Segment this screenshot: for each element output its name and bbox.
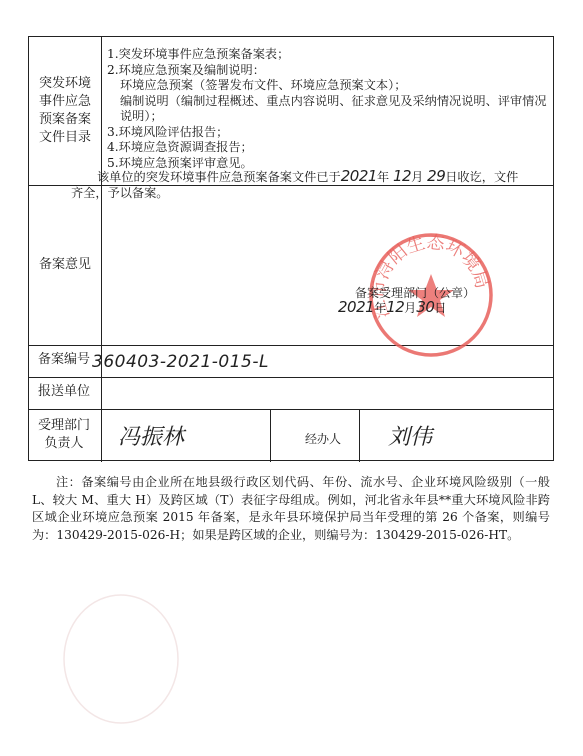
department-head-signature: 冯振林 (118, 420, 184, 451)
day-char: 日 (434, 301, 446, 315)
handler-label: 经办人 (305, 430, 341, 447)
file-list-item: 2.环境应急预案及编制说明： (107, 63, 547, 79)
row-divider (29, 377, 553, 378)
footnote-text: 注：备案编号由企业所在地县级行政区划代码、年份、流水号、企业环境风险级别（一般 … (32, 474, 550, 544)
opinion-label: 备案意见 (29, 185, 101, 345)
year-char: 年 (377, 170, 389, 184)
faint-stamp-bleed-through (62, 593, 180, 725)
received-month: 12 (393, 167, 411, 185)
row-divider (29, 345, 553, 346)
month-char: 月 (411, 170, 423, 184)
opinion-text-before: 该单位的突发环境事件应急预案备案文件已于 (97, 170, 341, 184)
year-char: 年 (374, 301, 386, 315)
column-divider (101, 37, 102, 462)
received-year: 2021 (341, 167, 377, 185)
file-list-item: 环境应急预案（签署发布文件、环境应急预案文本）； (107, 78, 547, 94)
column-divider (359, 409, 360, 462)
file-list-item: 1.突发环境事件应急预案备案表； (107, 47, 547, 63)
seal-date-year: 2021 (338, 298, 374, 316)
opinion-text-line2: 齐全，予以备案。 (71, 185, 521, 201)
footnote: 注：备案编号由企业所在地县级行政区划代码、年份、流水号、企业环境风险级别（一般 … (32, 474, 550, 544)
registration-number-label: 备案编号 (28, 344, 100, 376)
column-divider (270, 409, 271, 462)
registration-number-value: 360403-2021-015-L (92, 352, 269, 372)
department-head-label: 受理部门 负责人 (28, 408, 100, 461)
document-page: 突发环境 事件应急 预案备案 文件目录 1.突发环境事件应急预案备案表； 2.环… (0, 0, 583, 756)
file-list-label: 突发环境 事件应急 预案备案 文件目录 (29, 37, 101, 185)
month-char: 月 (404, 301, 416, 315)
seal-date: 2021年12月30日 (338, 298, 446, 316)
filing-form-table: 突发环境 事件应急 预案备案 文件目录 1.突发环境事件应急预案备案表； 2.环… (28, 36, 554, 461)
seal-date-month: 12 (386, 298, 404, 316)
file-list-item: 编制说明（编制过程概述、重点内容说明、征求意见及采纳情况说明、评审情况 (107, 94, 547, 110)
received-day: 29 (427, 167, 445, 185)
opinion-text-after: 日收讫，文件 (445, 170, 518, 184)
file-list-item: 3.环境风险评估报告； (107, 125, 547, 141)
submitting-unit-label: 报送单位 (28, 376, 100, 408)
file-list-item: 4.环境应急资源调查报告； (107, 140, 547, 156)
handler-signature: 刘伟 (388, 420, 432, 451)
seal-date-day: 30 (416, 298, 434, 316)
file-list: 1.突发环境事件应急预案备案表； 2.环境应急预案及编制说明： 环境应急预案（签… (107, 47, 547, 171)
opinion-text: 该单位的突发环境事件应急预案备案文件已于2021年 12月 29日收讫，文件 齐… (73, 168, 521, 201)
row-divider (29, 409, 553, 410)
file-list-item: 说明）； (107, 109, 547, 125)
